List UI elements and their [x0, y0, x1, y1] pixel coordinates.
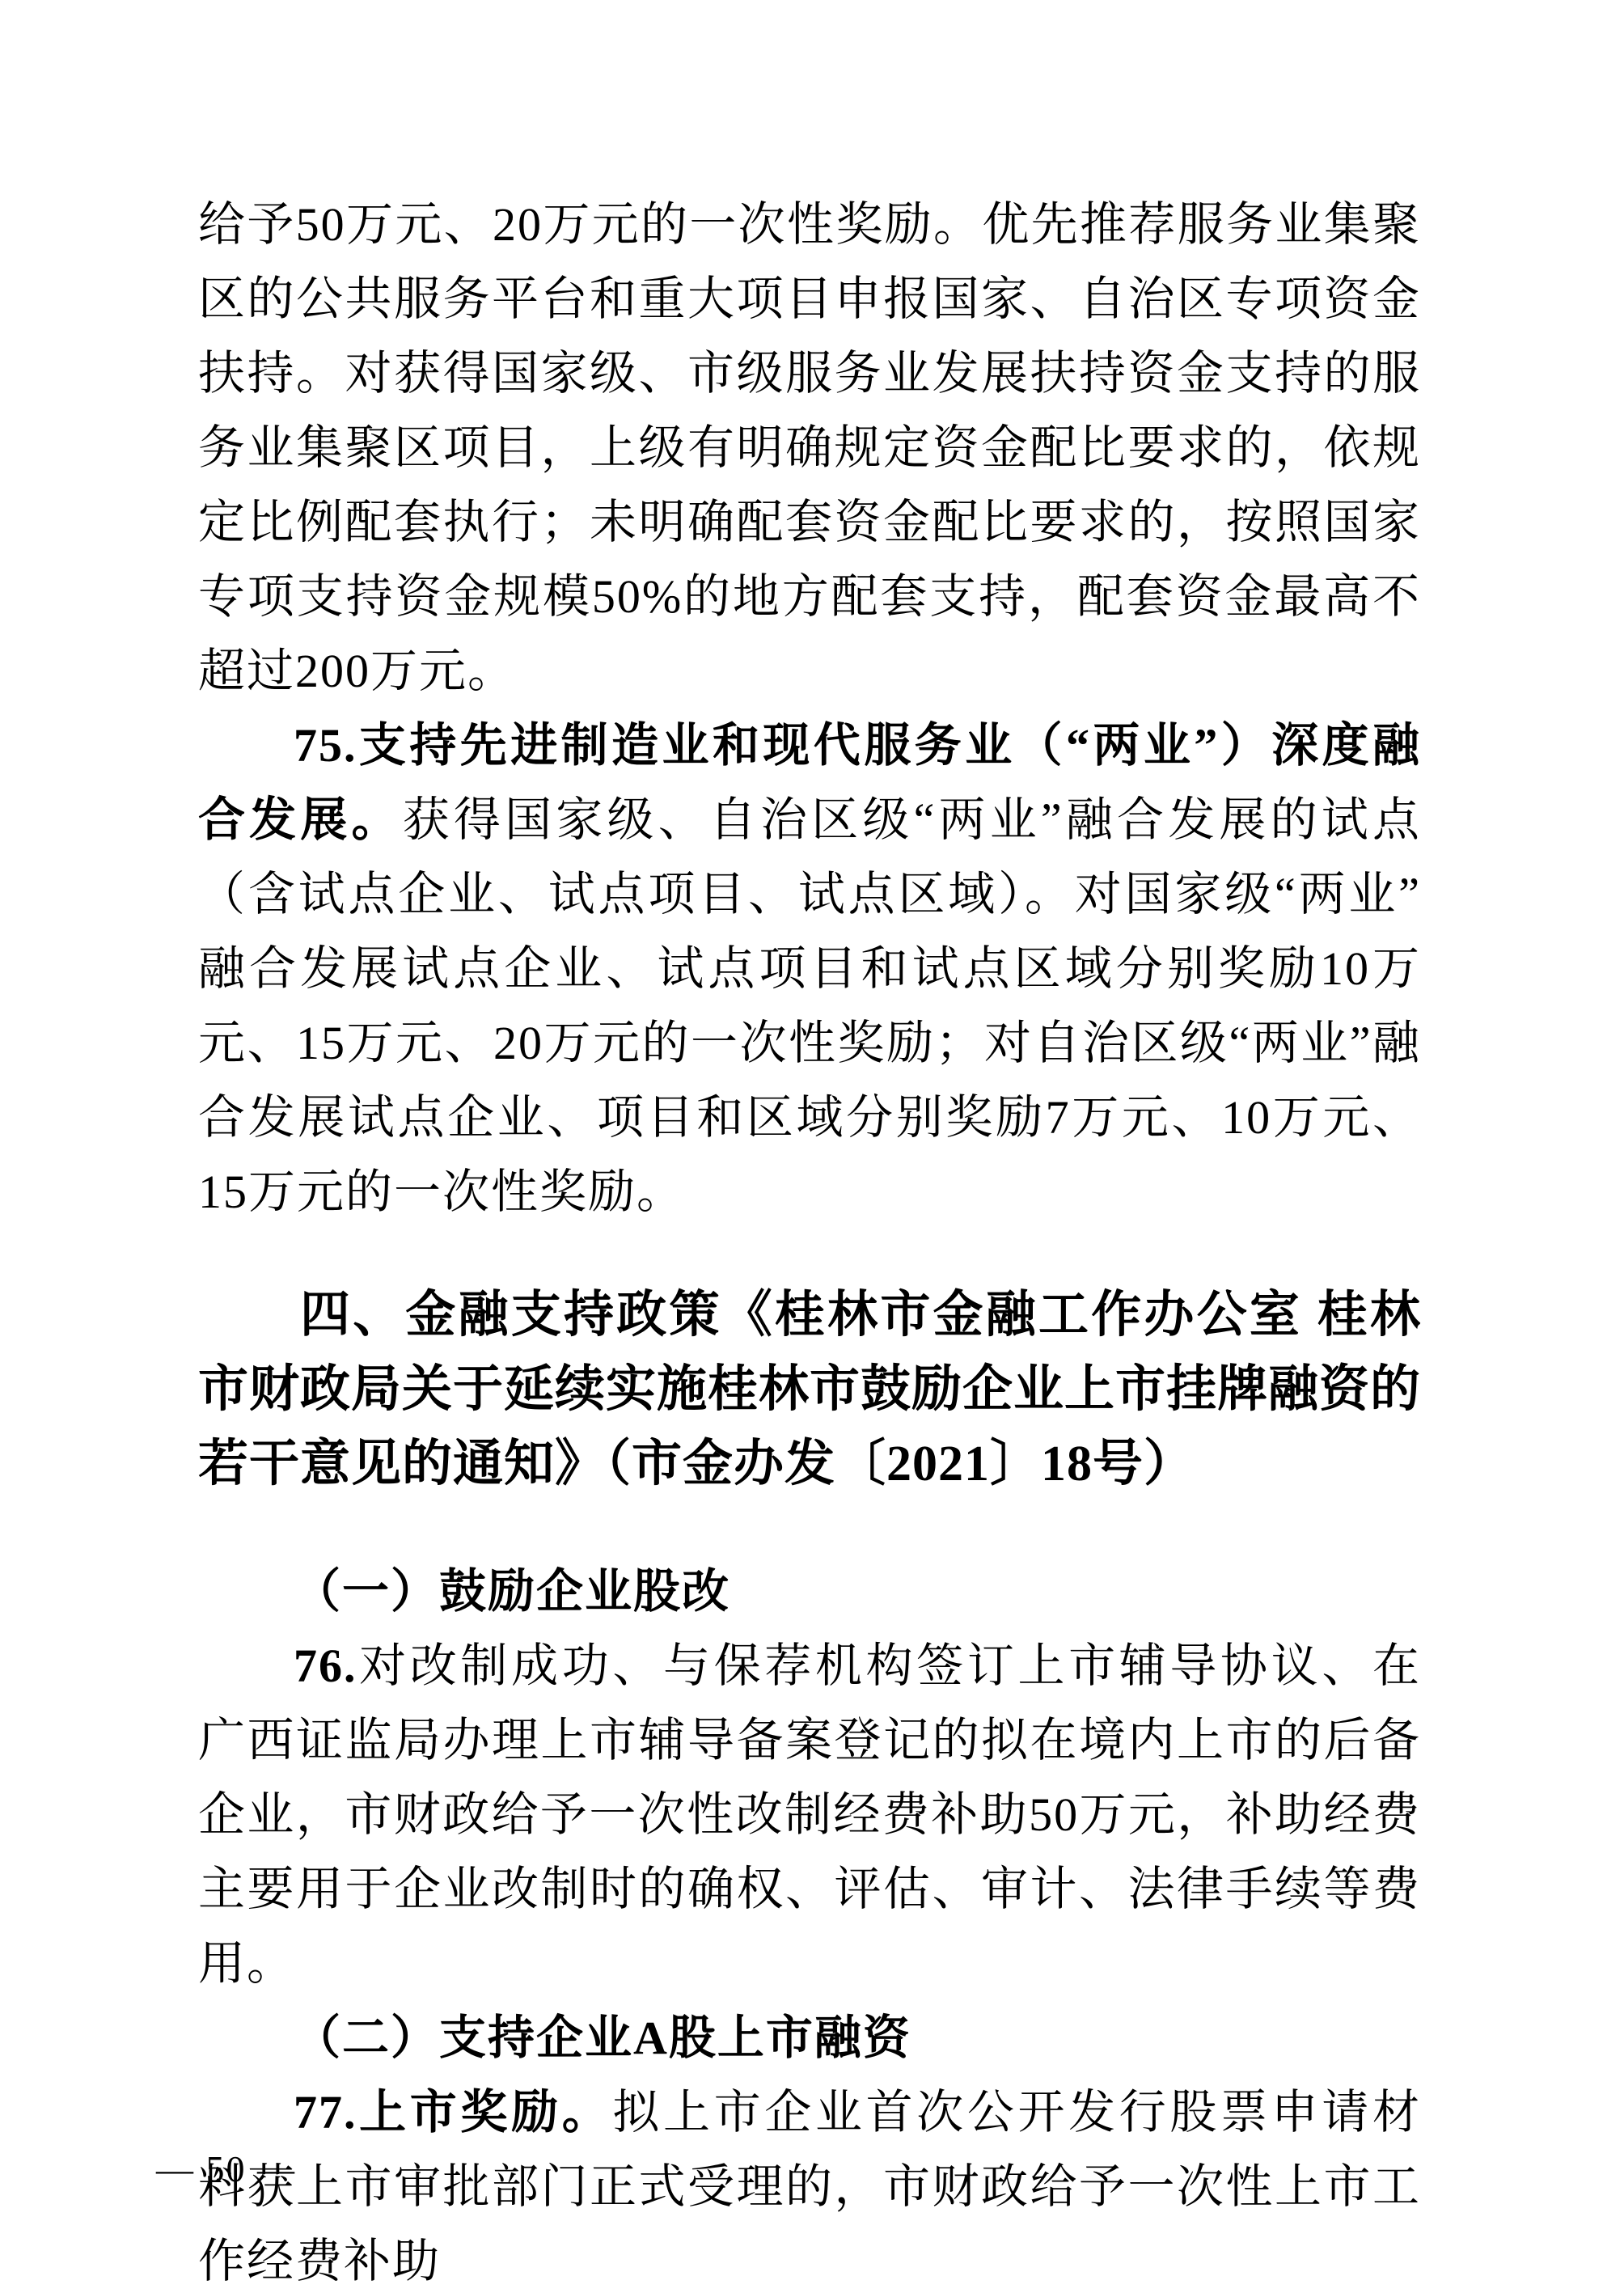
paragraph-77-lead: 77.上市奖励。	[294, 2086, 612, 2139]
paragraph-76-body: 对改制成功、与保荐机构签订上市辅导协议、在广西证监局办理上市辅导备案登记的拟在境…	[198, 1639, 1421, 1990]
paragraph-77: 77.上市奖励。拟上市企业首次公开发行股票申请材料获上市审批部门正式受理的，市财…	[198, 2075, 1421, 2293]
paragraph-76: 76.对改制成功、与保荐机构签订上市辅导协议、在广西证监局办理上市辅导备案登记的…	[198, 1629, 1421, 2001]
paragraph-75-body: 获得国家级、自治区级“两业”融合发展的试点（含试点企业、试点项目、试点区域）。对…	[198, 793, 1421, 1218]
subsection-2-heading: （二）支持企业A股上市融资	[198, 2001, 1421, 2075]
paragraph-76-lead: 76.	[294, 1639, 357, 1692]
body-text: 给予50万元、20万元的一次性奖励。优先推荐服务业集聚区的公共服务平台和重大项目…	[198, 188, 1421, 2293]
document-page: 给予50万元、20万元的一次性奖励。优先推荐服务业集聚区的公共服务平台和重大项目…	[0, 0, 1624, 2293]
page-number: — 50 —	[156, 2148, 296, 2190]
paragraph-continuation-text: 给予50万元、20万元的一次性奖励。优先推荐服务业集聚区的公共服务平台和重大项目…	[198, 198, 1421, 697]
subsection-1-heading: （一）鼓励企业股改	[198, 1555, 1421, 1629]
paragraph-75: 75.支持先进制造业和现代服务业（“两业”）深度融合发展。获得国家级、自治区级“…	[198, 709, 1421, 1229]
section-4-heading: 四、金融支持政策《桂林市金融工作办公室 桂林市财政局关于延续实施桂林市鼓励企业上…	[198, 1278, 1421, 1501]
paragraph-continuation: 给予50万元、20万元的一次性奖励。优先推荐服务业集聚区的公共服务平台和重大项目…	[198, 188, 1421, 709]
